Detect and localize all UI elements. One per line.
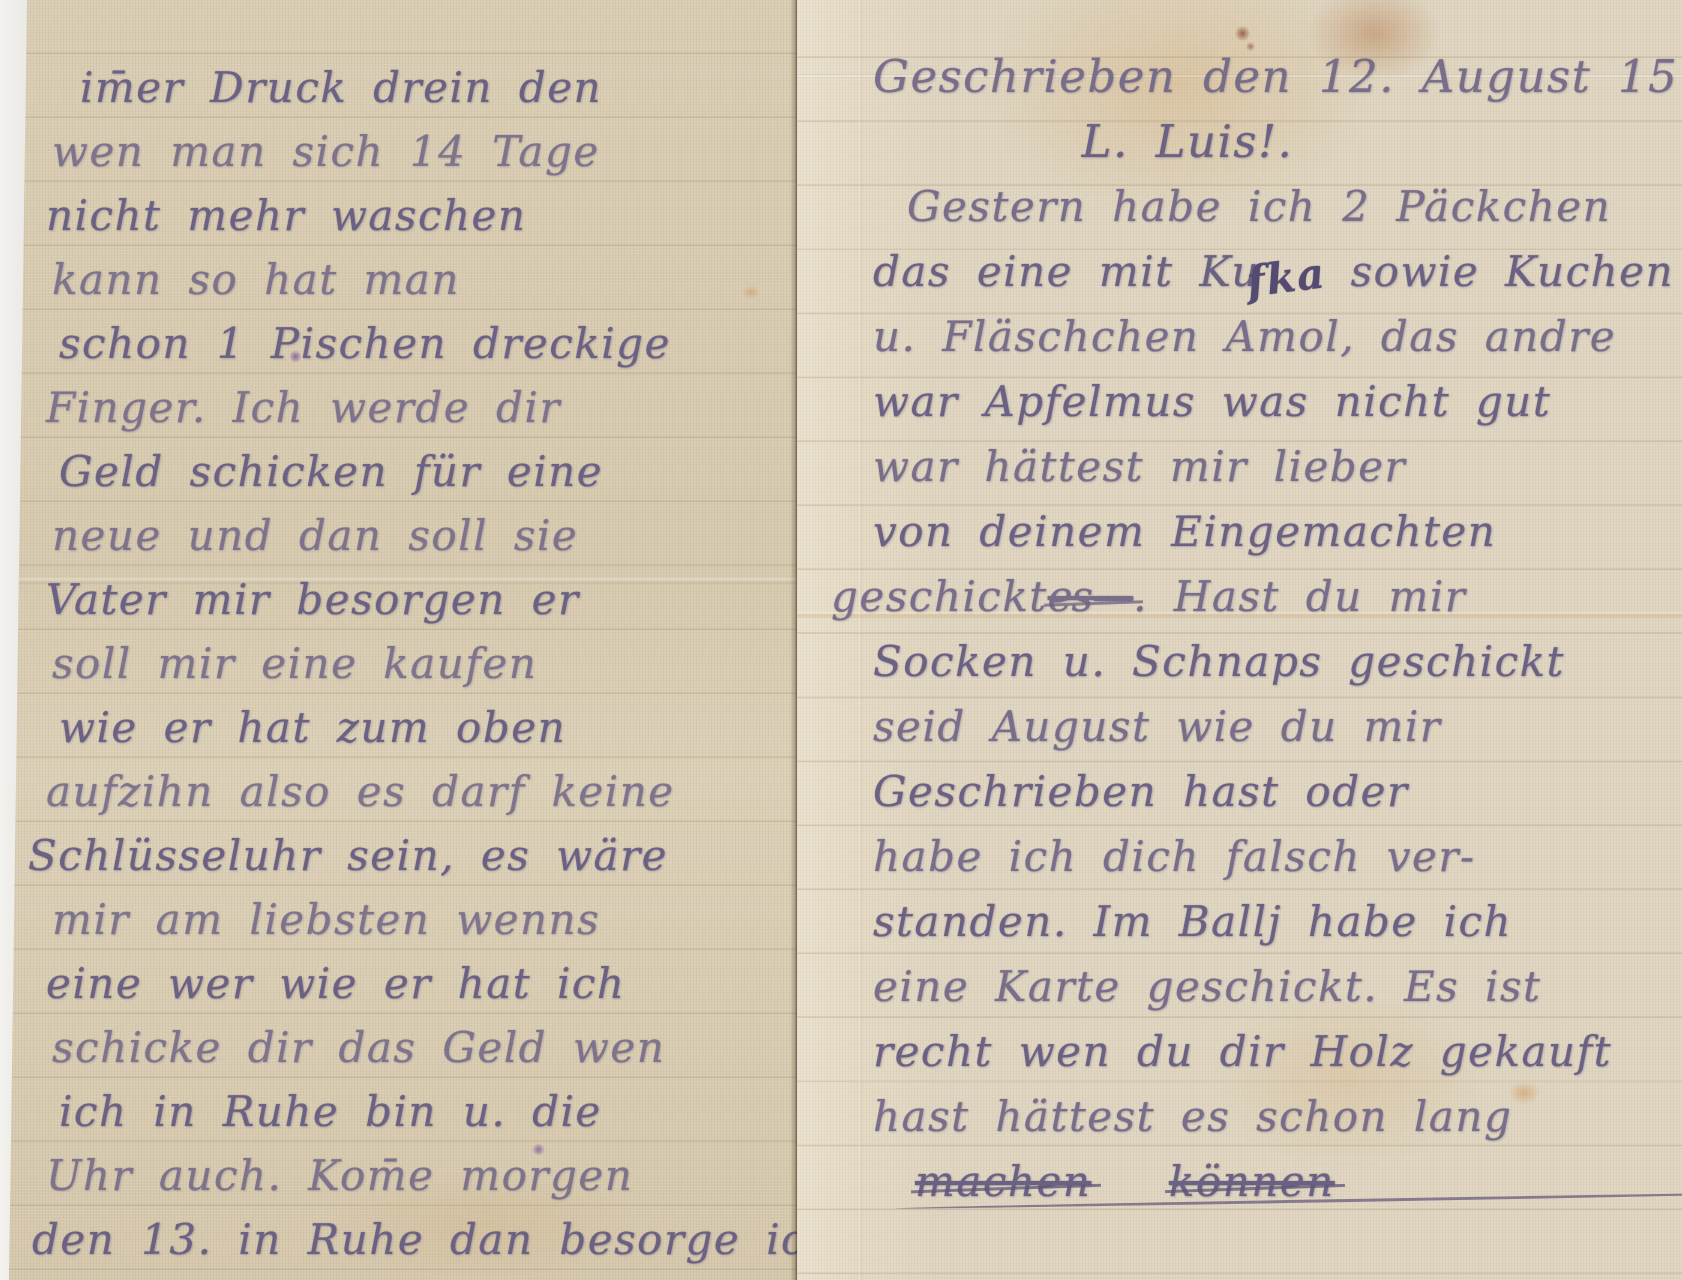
handwriting-line: schon 1 Pischen dreckige — [59, 312, 797, 376]
handwriting-line: hast hättest es schon lang — [873, 1084, 1682, 1149]
letter-scan: im̄er Druck drein den wen man sich 14 Ta… — [0, 0, 1682, 1280]
handwriting-line: soll mir eine kaufen — [52, 632, 797, 696]
handwriting-line: aufzihn also es darf keine — [46, 760, 797, 824]
handwriting-line: war Apfelmus was nicht gut — [873, 369, 1682, 434]
handwriting-line: standen. Im Ballj habe ich — [873, 889, 1682, 954]
handwriting-line: Geschrieben hast oder — [873, 759, 1682, 824]
handwriting-line: seid August wie du mir — [873, 694, 1682, 759]
word-gap — [1091, 1157, 1169, 1206]
text-fragment: sowie Kuchen — [1325, 247, 1674, 296]
handwriting-line: recht wen du dir Holz gekauft — [873, 1019, 1682, 1084]
handwriting-line: mir am liebsten wenns — [52, 888, 797, 952]
text-fragment: das eine mit — [873, 247, 1199, 296]
handwriting-line: ich in Ruhe bin u. die — [59, 1080, 797, 1144]
right-page-text: Geschrieben den 12. August 15 L. Luis!. … — [797, 0, 1682, 1280]
handwriting-line: schicke dir das Geld wen — [52, 1016, 797, 1080]
handwriting-line: neue und dan soll sie — [52, 504, 797, 568]
salutation-line: L. Luis!. — [873, 109, 1682, 174]
text-fragment: . Hast du mir — [1133, 572, 1466, 621]
handwriting-line: kann so hat man — [52, 248, 797, 312]
handwriting-line: Gestern habe ich 2 Päckchen — [907, 174, 1682, 239]
struck-through-line: machen können — [915, 1149, 1682, 1214]
text-fragment: geschickt — [831, 572, 1048, 621]
handwriting-line: Finger. Ich werde dir — [46, 376, 797, 440]
letter-page-right: Geschrieben den 12. August 15 L. Luis!. … — [797, 0, 1682, 1280]
handwriting-line: habe ich dich falsch ver- — [873, 824, 1682, 889]
handwriting-line: Socken u. Schnaps geschickt — [873, 629, 1682, 694]
handwriting-line: den 13. in Ruhe dan besorge ich — [32, 1208, 797, 1272]
handwriting-line: Uhr auch. Kom̄e morgen — [46, 1144, 797, 1208]
handwriting-line: Geld schicken für eine — [59, 440, 797, 504]
struck-word: können — [1169, 1149, 1335, 1214]
overwritten-word: Kufka — [1199, 239, 1324, 304]
handwriting-line: Vater mir besorgen er — [46, 568, 797, 632]
handwriting-line: war hättest mir lieber — [873, 434, 1682, 499]
handwriting-line: nicht mehr waschen — [46, 184, 797, 248]
handwriting-line: wie er hat zum oben — [59, 696, 797, 760]
handwriting-line: wen man sich 14 Tage — [52, 120, 797, 184]
handwriting-line: das eine mit Kufka sowie Kuchen — [873, 239, 1682, 304]
handwriting-line: von deinem Eingemachten — [873, 499, 1682, 564]
handwriting-line: geschicktes—. Hast du mir — [831, 564, 1682, 629]
letter-page-left: im̄er Druck drein den wen man sich 14 Ta… — [0, 0, 797, 1280]
scribbled-out-word: es— — [1048, 564, 1133, 629]
left-page-text: im̄er Druck drein den wen man sich 14 Ta… — [0, 0, 797, 1280]
handwriting-line: eine Karte geschickt. Es ist — [873, 954, 1682, 1019]
handwriting-line: im̄er Druck drein den — [80, 56, 797, 120]
handwriting-line: Schlüsseluhr sein, es wäre — [28, 824, 797, 888]
date-line: Geschrieben den 12. August 15 — [873, 44, 1682, 109]
handwriting-line: eine wer wie er hat ich — [46, 952, 797, 1016]
handwriting-line: u. Fläschchen Amol, das andre — [873, 304, 1682, 369]
struck-word: machen — [915, 1149, 1091, 1214]
